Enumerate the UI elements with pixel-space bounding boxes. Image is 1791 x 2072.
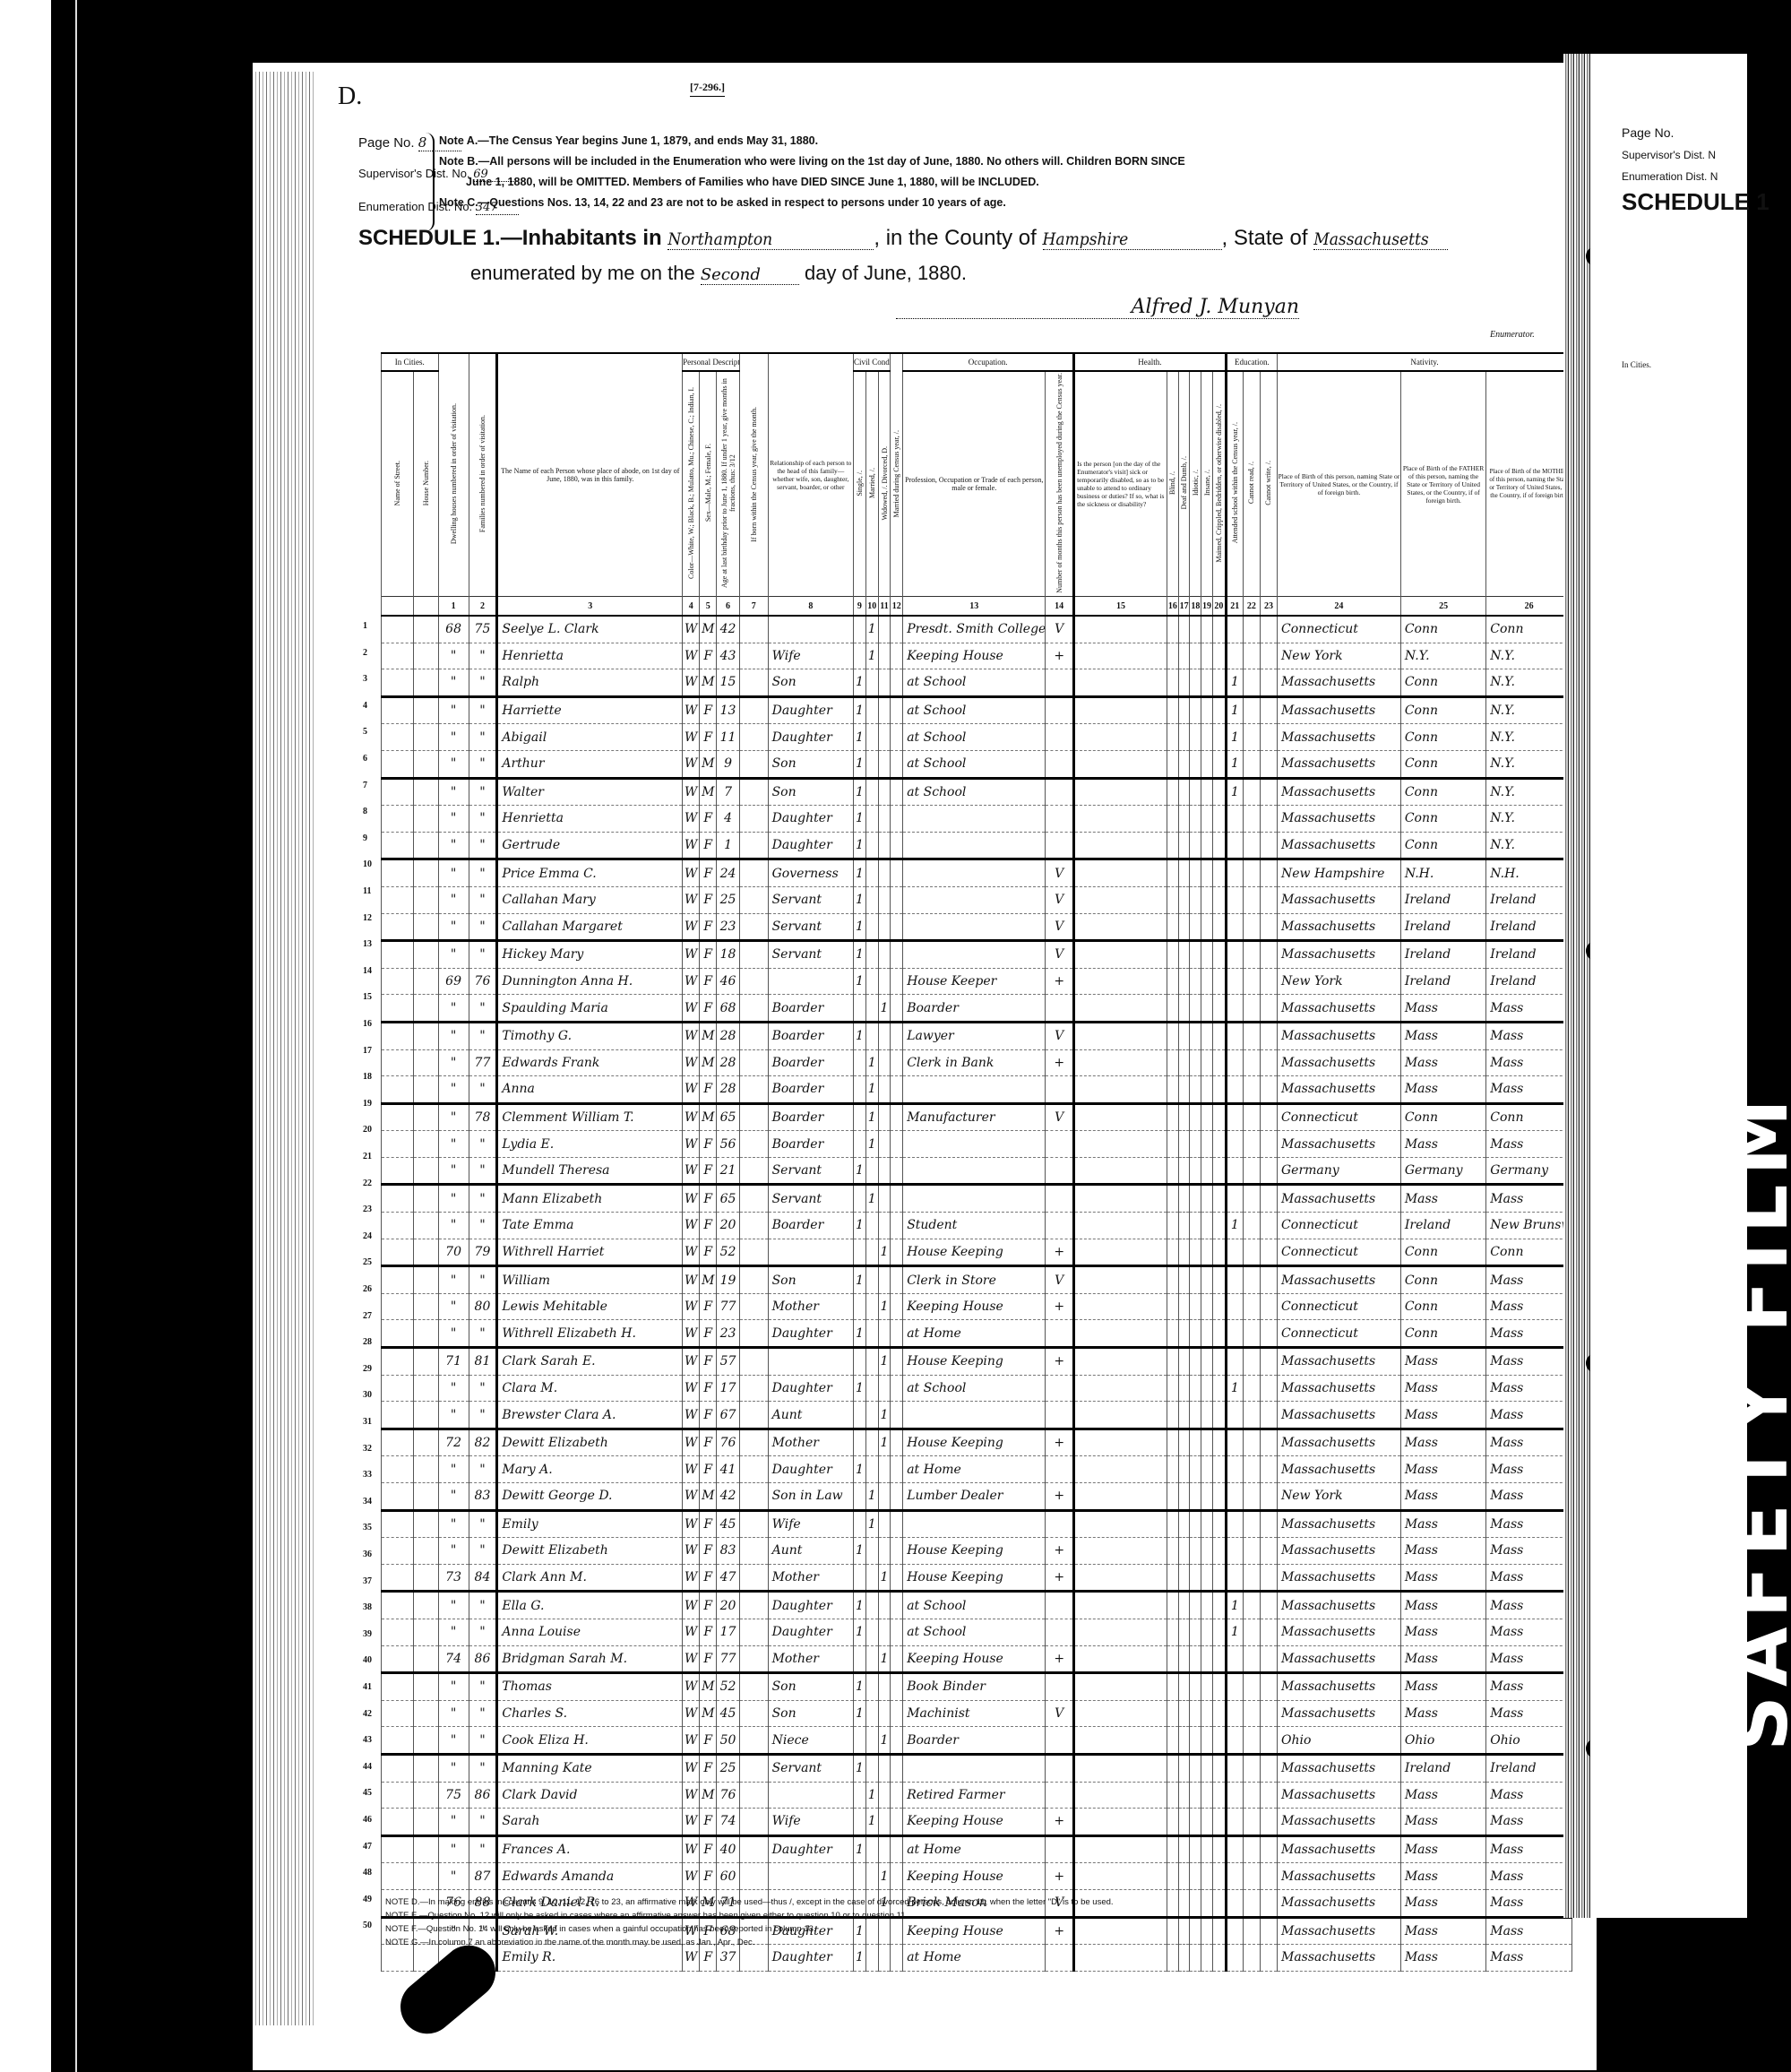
mother-birthplace-cell: Mass <box>1486 1917 1572 1945</box>
line-number: 19 <box>363 1099 372 1109</box>
color-cell: W <box>683 1022 700 1049</box>
table-row: 6976Dunnington Anna H.WF461House Keeper+… <box>382 968 1572 995</box>
mother-birthplace-cell: Mass <box>1486 1320 1572 1348</box>
father-birthplace-cell: Ireland <box>1400 913 1485 941</box>
cannot-write-cell <box>1260 886 1277 913</box>
blind-cell <box>1167 1402 1179 1429</box>
colnum-18: 18 <box>1190 597 1201 617</box>
relationship-cell: Son <box>768 778 853 806</box>
dwelling-number-cell: " <box>438 886 469 913</box>
deaf-dumb-cell <box>1178 1592 1190 1619</box>
attended-school-cell <box>1226 806 1243 833</box>
family-number-cell: " <box>469 1320 497 1348</box>
married-census-year-cell <box>891 643 903 669</box>
mother-birthplace-cell: Mass <box>1486 1375 1572 1402</box>
family-number-cell: 81 <box>469 1348 497 1376</box>
birthplace-cell: New Hampshire <box>1277 859 1400 887</box>
attended-school-cell <box>1226 1429 1243 1456</box>
age-cell: 43 <box>717 643 739 669</box>
family-number-cell: " <box>469 941 497 969</box>
birthplace-cell: Massachusetts <box>1277 1917 1400 1945</box>
age-cell: 57 <box>717 1348 739 1376</box>
sickness-cell <box>1074 1863 1167 1890</box>
house-number-cell <box>414 1266 439 1294</box>
house-number-cell <box>414 941 439 969</box>
sickness-cell <box>1074 1131 1167 1158</box>
cannot-read-cell <box>1243 616 1260 643</box>
sex-cell: F <box>700 1131 717 1158</box>
colnum-12: 12 <box>891 597 903 617</box>
street-cell <box>382 1185 414 1213</box>
birthplace-cell: Massachusetts <box>1277 1510 1400 1538</box>
unemployed-cell <box>1046 1131 1074 1158</box>
street-cell <box>382 941 414 969</box>
birth-month-cell <box>739 1782 768 1809</box>
table-row: ""Mundell TheresaWF21Servant1GermanyGerm… <box>382 1157 1572 1185</box>
father-birthplace-cell: Conn <box>1400 616 1485 643</box>
father-birthplace-cell: Mass <box>1400 1917 1485 1945</box>
dwelling-number-cell: " <box>438 1131 469 1158</box>
cannot-read-cell <box>1243 1157 1260 1185</box>
family-number-cell: " <box>469 1835 497 1863</box>
married-census-year-cell <box>891 1049 903 1076</box>
married-cell <box>865 1564 878 1592</box>
mother-birthplace-cell: Ireland <box>1486 941 1572 969</box>
cannot-read-cell <box>1243 1402 1260 1429</box>
attended-school-cell <box>1226 941 1243 969</box>
relationship-cell: Daughter <box>768 1320 853 1348</box>
widowed-cell <box>878 1022 891 1049</box>
line-number: 38 <box>363 1602 372 1612</box>
census-rows: 1 2 3 4 5 6 7 8 9 10 11 12 13 14 15 16 1… <box>382 597 1572 1972</box>
unemployed-cell <box>1046 832 1074 859</box>
sickness-cell <box>1074 1619 1167 1645</box>
cannot-write-cell <box>1260 724 1277 751</box>
age-cell: 83 <box>717 1538 739 1565</box>
sickness-cell <box>1074 859 1167 887</box>
birthplace-cell: Massachusetts <box>1277 1131 1400 1158</box>
father-birthplace-cell: Mass <box>1400 1131 1485 1158</box>
birth-month-cell <box>739 1239 768 1266</box>
unemployed-cell <box>1046 1727 1074 1755</box>
table-row: ""WalterWM7Son1at School1MassachusettsCo… <box>382 778 1572 806</box>
disabled-cell <box>1212 1889 1226 1917</box>
col-14-header: Number of months this person has been un… <box>1046 371 1074 597</box>
birthplace-cell: Connecticut <box>1277 616 1400 643</box>
unemployed-cell <box>1046 669 1074 697</box>
col-9-header: Single, /. <box>854 371 866 597</box>
family-number-cell: 80 <box>469 1293 497 1320</box>
birth-month-cell <box>739 941 768 969</box>
disabled-cell <box>1212 859 1226 887</box>
table-row: ""HarrietteWF13Daughter1at School1Massac… <box>382 696 1572 724</box>
colnum-8: 8 <box>768 597 853 617</box>
father-birthplace-cell: Germany <box>1400 1157 1485 1185</box>
mother-birthplace-cell: Mass <box>1486 1592 1572 1619</box>
blind-cell <box>1167 1754 1179 1782</box>
col-2-label: Families numbered in order of visitation… <box>478 415 486 532</box>
insane-cell <box>1201 968 1213 995</box>
birthplace-cell: Massachusetts <box>1277 913 1400 941</box>
house-number-cell <box>414 1809 439 1836</box>
street-cell <box>382 995 414 1023</box>
line-number: 14 <box>363 966 372 976</box>
census-table-wrapper: In Cities. Dwelling houses numbered in o… <box>381 352 1572 1972</box>
relationship-cell: Servant <box>768 913 853 941</box>
street-cell <box>382 1320 414 1348</box>
sex-cell: F <box>700 886 717 913</box>
street-cell <box>382 643 414 669</box>
deaf-dumb-cell <box>1178 1564 1190 1592</box>
insane-cell <box>1201 1889 1213 1917</box>
single-cell <box>854 1348 866 1376</box>
birth-month-cell <box>739 1863 768 1890</box>
insane-cell <box>1201 806 1213 833</box>
street-cell <box>382 1293 414 1320</box>
attended-school-cell <box>1226 1185 1243 1213</box>
line-number: 8 <box>363 807 367 816</box>
column-number-row: 1 2 3 4 5 6 7 8 9 10 11 12 13 14 15 16 1… <box>382 597 1572 617</box>
insane-cell <box>1201 1510 1213 1538</box>
insane-cell <box>1201 859 1213 887</box>
age-cell: 74 <box>717 1809 739 1836</box>
person-name-cell: Sarah <box>497 1809 683 1836</box>
birthplace-cell: Connecticut <box>1277 1320 1400 1348</box>
family-number-cell: " <box>469 696 497 724</box>
mother-birthplace-cell: N.Y. <box>1486 724 1572 751</box>
adjacent-enumeration-label: Enumeration Dist. N <box>1622 170 1718 183</box>
cannot-write-cell <box>1260 1619 1277 1645</box>
color-cell: W <box>683 1863 700 1890</box>
color-cell: W <box>683 1103 700 1131</box>
deaf-dumb-cell <box>1178 1157 1190 1185</box>
father-birthplace-cell: Mass <box>1400 1348 1485 1376</box>
father-birthplace-cell: Mass <box>1400 1673 1485 1701</box>
table-row: ""AbigailWF11Daughter1at School1Massachu… <box>382 724 1572 751</box>
house-number-cell <box>414 1076 439 1104</box>
unemployed-cell <box>1046 1456 1074 1483</box>
person-name-cell: Withrell Elizabeth H. <box>497 1320 683 1348</box>
widowed-cell <box>878 1103 891 1131</box>
mother-birthplace-cell: Mass <box>1486 1809 1572 1836</box>
street-cell <box>382 968 414 995</box>
unemployed-cell: V <box>1046 1266 1074 1294</box>
family-number-cell: " <box>469 859 497 887</box>
deaf-dumb-cell <box>1178 778 1190 806</box>
house-number-cell <box>414 1049 439 1076</box>
col-4-label: Color—White, W.; Black, B.; Mulatto, Mu.… <box>687 387 695 579</box>
married-cell: 1 <box>865 1185 878 1213</box>
house-number-cell <box>414 669 439 697</box>
color-cell: W <box>683 1429 700 1456</box>
cannot-read-cell <box>1243 1538 1260 1565</box>
sickness-cell <box>1074 995 1167 1023</box>
street-cell <box>382 1213 414 1239</box>
deaf-dumb-cell <box>1178 1510 1190 1538</box>
married-cell <box>865 1619 878 1645</box>
street-cell <box>382 1700 414 1727</box>
color-cell: W <box>683 1185 700 1213</box>
mother-birthplace-cell: N.H. <box>1486 859 1572 887</box>
blind-cell <box>1167 1538 1179 1565</box>
married-cell <box>865 1429 878 1456</box>
age-cell: 21 <box>717 1157 739 1185</box>
color-cell: W <box>683 1266 700 1294</box>
widowed-cell <box>878 1483 891 1511</box>
idiotic-cell <box>1190 1348 1201 1376</box>
age-cell: 13 <box>717 696 739 724</box>
father-birthplace-cell: Mass <box>1400 1538 1485 1565</box>
col-16-header: Blind, /. <box>1167 371 1179 597</box>
relationship-cell <box>768 968 853 995</box>
birth-month-cell <box>739 1049 768 1076</box>
person-name-cell: Anna <box>497 1076 683 1104</box>
unemployed-cell <box>1046 1213 1074 1239</box>
col-20-label: Maimed, Crippled, Bedridden, or otherwis… <box>1215 404 1223 563</box>
colnum-16: 16 <box>1167 597 1179 617</box>
single-cell <box>854 1103 866 1131</box>
relationship-cell: Boarder <box>768 1049 853 1076</box>
page-number-label: Page No. <box>358 135 415 151</box>
attended-school-cell: 1 <box>1226 724 1243 751</box>
insane-cell <box>1201 1619 1213 1645</box>
married-census-year-cell <box>891 1213 903 1239</box>
occupation-cell <box>903 1185 1046 1213</box>
line-number: 24 <box>363 1231 372 1241</box>
widowed-cell: 1 <box>878 1645 891 1673</box>
table-row: 6875Seelye L. ClarkWM421Presdt. Smith Co… <box>382 616 1572 643</box>
deaf-dumb-cell <box>1178 1809 1190 1836</box>
table-row: "83Dewitt George D.WM42Son in Law1Lumber… <box>382 1483 1572 1511</box>
unemployed-cell: V <box>1046 1700 1074 1727</box>
line-number: 11 <box>363 886 371 896</box>
age-cell: 20 <box>717 1213 739 1239</box>
color-cell: W <box>683 859 700 887</box>
single-cell: 1 <box>854 778 866 806</box>
unemployed-cell: + <box>1046 1809 1074 1836</box>
birthplace-cell: Massachusetts <box>1277 806 1400 833</box>
relationship-cell: Wife <box>768 1510 853 1538</box>
blind-cell <box>1167 1889 1179 1917</box>
adjacent-in-cities-label: In Cities. <box>1622 360 1651 369</box>
note-c: Note C.—Questions Nos. 13, 14, 22 and 23… <box>439 193 1335 213</box>
person-name-cell: Thomas <box>497 1673 683 1701</box>
widowed-cell <box>878 1700 891 1727</box>
idiotic-cell <box>1190 1592 1201 1619</box>
idiotic-cell <box>1190 643 1201 669</box>
cannot-read-cell <box>1243 806 1260 833</box>
disabled-cell <box>1212 968 1226 995</box>
blind-cell <box>1167 616 1179 643</box>
colnum-6: 6 <box>717 597 739 617</box>
table-row: ""HenriettaWF4Daughter1MassachusettsConn… <box>382 806 1572 833</box>
disabled-cell <box>1212 1538 1226 1565</box>
cannot-read-cell <box>1243 778 1260 806</box>
single-cell: 1 <box>854 806 866 833</box>
occupation-cell: Book Binder <box>903 1673 1046 1701</box>
cannot-read-cell <box>1243 1049 1260 1076</box>
line-number: 3 <box>363 674 367 684</box>
col-1-header: Dwelling houses numbered in order of vis… <box>438 353 469 597</box>
father-birthplace-cell: Mass <box>1400 1049 1485 1076</box>
group-civil: Civil Condition. <box>854 353 891 371</box>
relationship-cell: Mother <box>768 1645 853 1673</box>
family-number-cell: 84 <box>469 1564 497 1592</box>
table-row: ""Spaulding MariaWF68Boarder1BoarderMass… <box>382 995 1572 1023</box>
sickness-cell <box>1074 1510 1167 1538</box>
cannot-read-cell <box>1243 724 1260 751</box>
single-cell: 1 <box>854 1266 866 1294</box>
disabled-cell <box>1212 806 1226 833</box>
unemployed-cell: + <box>1046 1429 1074 1456</box>
widowed-cell <box>878 1076 891 1104</box>
disabled-cell <box>1212 616 1226 643</box>
idiotic-cell <box>1190 1917 1201 1945</box>
married-cell <box>865 1538 878 1565</box>
cannot-read-cell <box>1243 1213 1260 1239</box>
disabled-cell <box>1212 1727 1226 1755</box>
blind-cell <box>1167 643 1179 669</box>
occupation-cell: Lawyer <box>903 1022 1046 1049</box>
relationship-cell: Son <box>768 669 853 697</box>
widowed-cell <box>878 1592 891 1619</box>
person-name-cell: Clark David <box>497 1782 683 1809</box>
cannot-write-cell <box>1260 1429 1277 1456</box>
disabled-cell <box>1212 832 1226 859</box>
occupation-cell: Clerk in Bank <box>903 1049 1046 1076</box>
disabled-cell <box>1212 1510 1226 1538</box>
col-street-label: Name of Street. <box>393 461 401 505</box>
deaf-dumb-cell <box>1178 1456 1190 1483</box>
house-number-cell <box>414 995 439 1023</box>
dwelling-number-cell: " <box>438 1592 469 1619</box>
cannot-write-cell <box>1260 669 1277 697</box>
book-gutter <box>1563 54 1590 1918</box>
single-cell: 1 <box>854 1538 866 1565</box>
sickness-cell <box>1074 1700 1167 1727</box>
color-cell: W <box>683 1700 700 1727</box>
birth-month-cell <box>739 859 768 887</box>
street-cell <box>382 1049 414 1076</box>
dwelling-number-cell: " <box>438 1754 469 1782</box>
unemployed-cell: + <box>1046 1863 1074 1890</box>
line-number: 33 <box>363 1470 372 1480</box>
single-cell: 1 <box>854 968 866 995</box>
deaf-dumb-cell <box>1178 1293 1190 1320</box>
birthplace-cell: Massachusetts <box>1277 1673 1400 1701</box>
birth-month-cell <box>739 669 768 697</box>
attended-school-cell <box>1226 1863 1243 1890</box>
idiotic-cell <box>1190 1131 1201 1158</box>
family-number-cell: " <box>469 1456 497 1483</box>
sickness-cell <box>1074 1239 1167 1266</box>
birth-month-cell <box>739 1131 768 1158</box>
street-cell <box>382 1835 414 1863</box>
table-row: "77Edwards FrankWM28Boarder1Clerk in Ban… <box>382 1049 1572 1076</box>
occupation-cell: House Keeping <box>903 1429 1046 1456</box>
mother-birthplace-cell: N.Y. <box>1486 778 1572 806</box>
group-occupation: Occupation. <box>903 353 1074 371</box>
street-cell <box>382 1266 414 1294</box>
widowed-cell <box>878 778 891 806</box>
street-cell <box>382 1564 414 1592</box>
table-row: ""Mary A.WF41Daughter1at HomeMassachuset… <box>382 1456 1572 1483</box>
married-cell <box>865 832 878 859</box>
birth-month-cell <box>739 1510 768 1538</box>
colnum-20: 20 <box>1212 597 1226 617</box>
house-number-cell <box>414 1645 439 1673</box>
deaf-dumb-cell <box>1178 724 1190 751</box>
widowed-cell <box>878 1835 891 1863</box>
occupation-cell: at School <box>903 696 1046 724</box>
color-cell: W <box>683 1727 700 1755</box>
cannot-write-cell <box>1260 1157 1277 1185</box>
blind-cell <box>1167 1782 1179 1809</box>
person-name-cell: Anna Louise <box>497 1619 683 1645</box>
family-number-cell: 76 <box>469 968 497 995</box>
blind-cell <box>1167 750 1179 778</box>
married-cell <box>865 1456 878 1483</box>
person-name-cell: Dunnington Anna H. <box>497 968 683 995</box>
insane-cell <box>1201 750 1213 778</box>
line-number: 43 <box>363 1735 372 1745</box>
family-number-cell: " <box>469 1700 497 1727</box>
relationship-cell: Wife <box>768 643 853 669</box>
sickness-cell <box>1074 1754 1167 1782</box>
cannot-read-cell <box>1243 1266 1260 1294</box>
insane-cell <box>1201 1239 1213 1266</box>
age-cell: 15 <box>717 669 739 697</box>
married-census-year-cell <box>891 1131 903 1158</box>
insane-cell <box>1201 1483 1213 1511</box>
street-cell <box>382 778 414 806</box>
house-number-cell <box>414 859 439 887</box>
person-name-cell: William <box>497 1266 683 1294</box>
father-birthplace-cell: Ireland <box>1400 1754 1485 1782</box>
family-number-cell: " <box>469 1673 497 1701</box>
table-row: ""Callahan MaryWF25Servant1VMassachusett… <box>382 886 1572 913</box>
dwelling-number-cell: 69 <box>438 968 469 995</box>
cannot-write-cell <box>1260 1538 1277 1565</box>
relationship-cell: Son <box>768 750 853 778</box>
birthplace-cell: Massachusetts <box>1277 941 1400 969</box>
family-number-cell: " <box>469 995 497 1023</box>
idiotic-cell <box>1190 1375 1201 1402</box>
married-census-year-cell <box>891 832 903 859</box>
deaf-dumb-cell <box>1178 1619 1190 1645</box>
unemployed-cell: + <box>1046 643 1074 669</box>
widowed-cell <box>878 806 891 833</box>
married-census-year-cell <box>891 724 903 751</box>
insane-cell <box>1201 832 1213 859</box>
mother-birthplace-cell: Mass <box>1486 1293 1572 1320</box>
birth-month-cell <box>739 913 768 941</box>
blind-cell <box>1167 1619 1179 1645</box>
attended-school-cell <box>1226 1564 1243 1592</box>
person-name-cell: Henrietta <box>497 643 683 669</box>
deaf-dumb-cell <box>1178 859 1190 887</box>
birthplace-cell: New York <box>1277 643 1400 669</box>
col-9-label: Single, /. <box>856 471 864 496</box>
house-number-cell <box>414 1402 439 1429</box>
blind-cell <box>1167 1510 1179 1538</box>
col-13-header: Profession, Occupation or Trade of each … <box>903 371 1046 597</box>
age-cell: 28 <box>717 1022 739 1049</box>
deaf-dumb-cell <box>1178 913 1190 941</box>
relationship-cell <box>768 1782 853 1809</box>
age-cell: 25 <box>717 1754 739 1782</box>
unemployed-cell: + <box>1046 1348 1074 1376</box>
